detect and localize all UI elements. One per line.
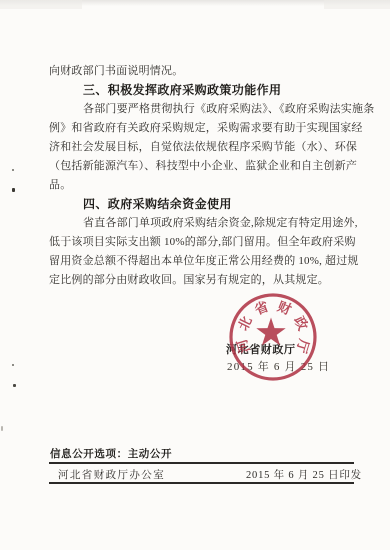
scan-speck (1, 426, 3, 431)
text-line: 各部门要严格贯彻执行《政府采购法》、《政府采购法实施条 (49, 100, 361, 119)
section-heading: 四、政府采购结余资金使用 (49, 195, 361, 214)
text-line: 例》和省政府有关政府采购规定，采购需求要有助于实现国家经 (49, 119, 361, 138)
text-line: 留用资金总额不得超出本单位年度正常公用经费的 10%, 超过规 (49, 252, 361, 271)
seal-char: 政 (291, 314, 312, 334)
text-line: 济和社会发展目标，自觉依法依规依程序采购节能（水）、环保 (49, 138, 361, 157)
scan-corner-shade (324, 0, 390, 9)
footer-rule-top (49, 462, 354, 464)
text-line: （包括新能源汽车）、科技型中小企业、监狱企业和自主创新产 (49, 157, 361, 176)
document-body-text: 向财政部门书面说明情况。三、积极发挥政府采购政策功能作用各部门要严格贯彻执行《政… (49, 62, 361, 290)
disclosure-option: 信息公开选项：主动公开 (50, 446, 172, 461)
scan-corner-shade (0, 0, 82, 9)
section-heading: 三、积极发挥政府采购政策功能作用 (49, 81, 361, 100)
text-line: 省直各部门单项政府采购结余资金,除规定有特定用途外, (49, 214, 361, 233)
text-line: 低于该项目实际支出额 10%的部分,部门留用。但全年政府采购 (49, 233, 361, 252)
scan-speck (12, 188, 15, 192)
text-line: 向财政部门书面说明情况。 (49, 62, 361, 81)
text-line: 品。 (49, 176, 361, 195)
scan-speck (12, 169, 14, 171)
footer-rule-bottom (49, 482, 354, 484)
issuer-signature: 河北省财政厅 (226, 341, 296, 357)
scan-speck (12, 364, 14, 366)
scan-speck (13, 384, 16, 387)
issue-date: 2015 年 6 月 25 日 (227, 358, 330, 374)
seal-char: 财 (275, 298, 294, 318)
seal-char: 省 (252, 298, 271, 318)
print-date: 2015 年 6 月 25 日印发 (246, 467, 362, 482)
seal-char: 厅 (293, 336, 312, 355)
seal-char: 北 (235, 314, 255, 333)
issuing-office: 河北省财政厅办公室 (58, 467, 165, 482)
text-line: 定比例的部分由财政收回。国家另有规定的，从其规定。 (49, 271, 361, 290)
scanned-document-page: 向财政部门书面说明情况。三、积极发挥政府采购政策功能作用各部门要严格贯彻执行《政… (0, 0, 390, 550)
